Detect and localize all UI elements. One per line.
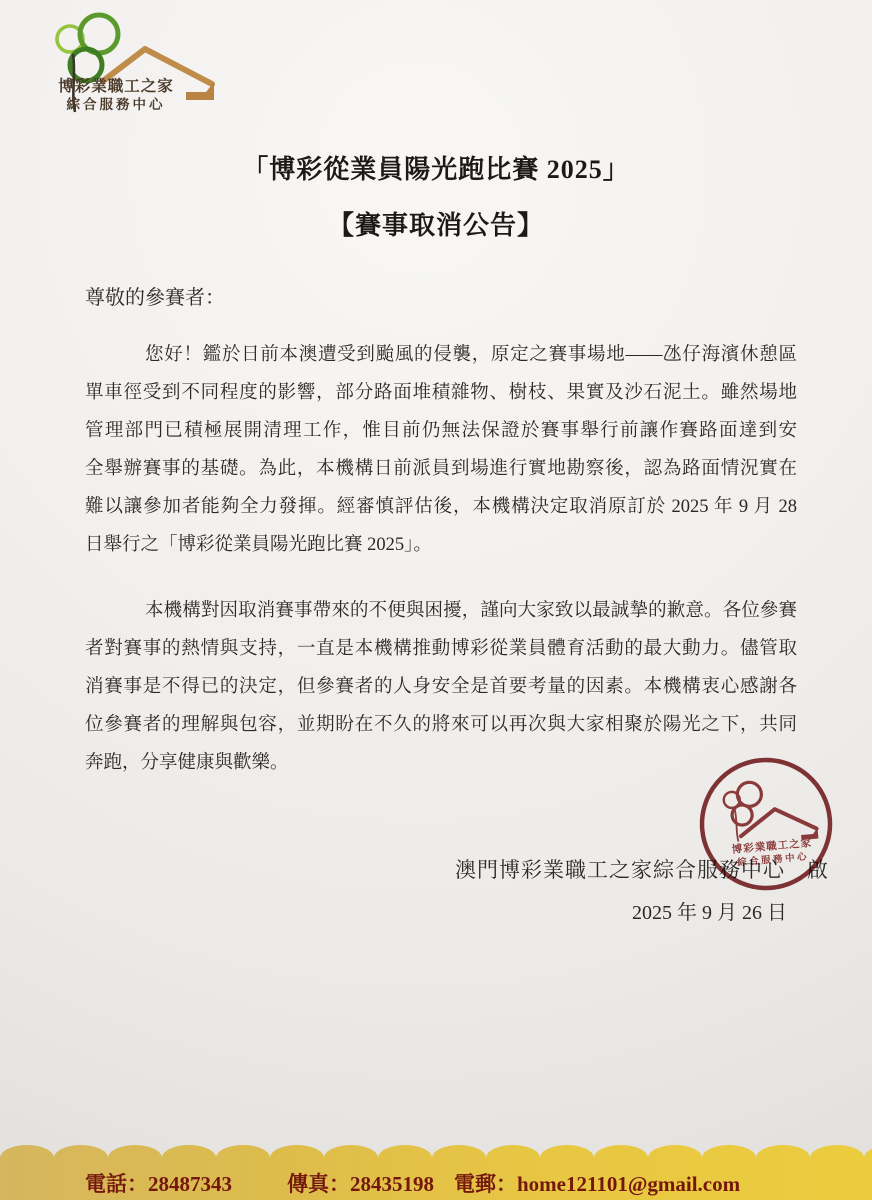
document-subtitle: 【賽事取消公告】 bbox=[0, 205, 872, 242]
phone-number: 28487343 bbox=[148, 1172, 232, 1196]
document-title: 「博彩從業員陽光跑比賽 2025」 bbox=[0, 149, 872, 186]
logo-name-line2: 綜合服務中心 bbox=[66, 96, 166, 112]
text-line: 者對賽事的熱情與支持，一直是本機構推動博彩從業員體育活動的最大動力。儘管取 bbox=[85, 630, 797, 668]
footer-email: 電郵：home121101@gmail.com bbox=[454, 1168, 740, 1198]
date-line: 2025 年 9 月 26 日 bbox=[632, 896, 787, 925]
footer-contact-row: 電話：28487343 傳真：28435198 電郵：home121101@gm… bbox=[0, 1168, 872, 1194]
text-line: 單車徑受到不同程度的影響，部分路面堆積雜物、樹枝、果實及沙石泥土。雖然場地 bbox=[85, 374, 797, 412]
email-address: home121101@gmail.com bbox=[517, 1172, 740, 1196]
logo-name-line1: 博彩業職工之家 bbox=[58, 76, 174, 95]
text-line: 消賽事是不得已的決定，但參賽者的人身安全是首要考量的因素。本機構衷心感謝各 bbox=[85, 668, 797, 706]
fax-label: 傳真： bbox=[287, 1172, 350, 1196]
stamp-ring bbox=[697, 755, 836, 894]
email-label: 電郵： bbox=[454, 1172, 517, 1196]
fax-number: 28435198 bbox=[350, 1172, 434, 1196]
stamp-leaf-circle-bottom bbox=[731, 804, 753, 826]
text-line: 位參賽者的理解與包容，並期盼在不久的將來可以再次與大家相聚於陽光之下，共同 bbox=[85, 706, 797, 744]
text-line: 全舉辦賽事的基礎。為此，本機構日前派員到場進行實地勘察後，認為路面情況實在 bbox=[85, 450, 797, 488]
paragraph-2: 本機構對因取消賽事帶來的不便與困擾，謹向大家致以最誠摯的歉意。各位參賽者對賽事的… bbox=[85, 592, 797, 782]
salutation: 尊敬的參賽者： bbox=[85, 281, 225, 310]
organization-stamp: 博彩業職工之家 綜合服務中心 bbox=[690, 748, 842, 900]
footer-fax: 傳真：28435198 bbox=[287, 1168, 434, 1198]
footer-phone: 電話：28487343 bbox=[85, 1168, 232, 1198]
organization-logo: 博彩業職工之家 綜合服務中心 bbox=[46, 8, 236, 118]
stamp-leaf-circle-large bbox=[736, 781, 762, 807]
letter-page: 博彩業職工之家 綜合服務中心 「博彩從業員陽光跑比賽 2025」 【賽事取消公告… bbox=[0, 0, 872, 1200]
text-line: 難以讓參加者能夠全力發揮。經審慎評估後，本機構決定取消原訂於 2025 年 9 … bbox=[85, 488, 797, 526]
text-line: 您好！鑑於日前本澳遭受到颱風的侵襲，原定之賽事場地——氹仔海濱休憩區 bbox=[85, 336, 797, 374]
text-line: 日舉行之「博彩從業員陽光跑比賽 2025」。 bbox=[85, 526, 797, 564]
text-line: 管理部門已積極展開清理工作，惟目前仍無法保證於賽事舉行前讓作賽路面達到安 bbox=[85, 412, 797, 450]
text-line: 本機構對因取消賽事帶來的不便與困擾，謹向大家致以最誠摯的歉意。各位參賽 bbox=[85, 592, 797, 630]
phone-label: 電話： bbox=[85, 1172, 148, 1196]
paragraph-1: 您好！鑑於日前本澳遭受到颱風的侵襲，原定之賽事場地——氹仔海濱休憩區單車徑受到不… bbox=[85, 336, 797, 564]
